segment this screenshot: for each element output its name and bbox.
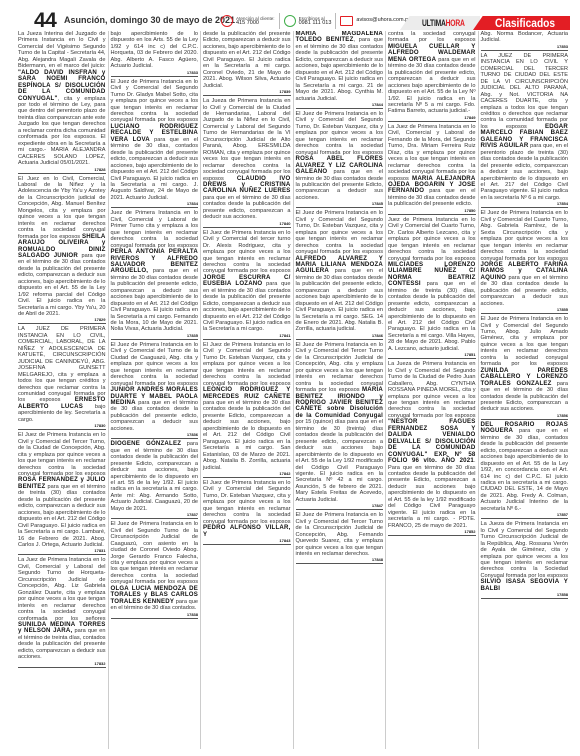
column-5: contra la sociedad conyugal formada por …: [386, 31, 479, 749]
notice-text: La Jueza de Primera Instancia en lo Civi…: [481, 521, 569, 579]
notice-code: 17850: [388, 208, 476, 213]
contact-phone[interactable]: Atención al cliente:415 7000: [217, 13, 280, 29]
page-header: 44 Asunción, domingo 30 de mayo de 2021 …: [0, 0, 580, 30]
notice-code: 17858: [481, 592, 569, 597]
notice-code: 17834: [111, 201, 199, 206]
column-1: La Jueza Interina del Juzgado de Primera…: [16, 31, 109, 749]
legal-notice: La Juez de Primera Instancia en lo Civil…: [18, 557, 106, 667]
legal-notice: El Juez de Primera Instancia en lo Civil…: [111, 521, 199, 618]
notice-code: 17849: [388, 115, 476, 120]
legal-notice: El Juez de Primera Instancia en lo Civil…: [111, 79, 199, 209]
notice-text: El Juez de Primera Instancia en lo Civil…: [203, 480, 291, 525]
notice-text: para que en el término de 30 días contad…: [203, 195, 291, 220]
notice-text: La Jueza Interina del Juzgado de Primera…: [18, 31, 106, 69]
notice-text: El Juez de Primera Instancia en lo Civil…: [18, 432, 106, 477]
notice-text: desde la publicación del presente Edicto…: [203, 31, 291, 89]
notice-code: 17846: [296, 333, 384, 338]
contact-whatsapp[interactable]: Escribinos al0981 111 013: [280, 13, 337, 29]
notice-code: 17837: [111, 512, 199, 517]
notice-code: 17854: [481, 201, 569, 206]
legal-notice: Juez de Primera Instancia en lo Civil y …: [388, 217, 476, 360]
notice-text: El Juez de Primera Instancia en lo Civil…: [296, 111, 384, 156]
notice-text: . Para que en término de 30 días contado…: [388, 458, 476, 529]
legal-notice: El Juez en lo Civil, Comercial, Laboral …: [18, 176, 106, 325]
notice-text: para que, en el perentorio plazo de trei…: [481, 143, 569, 201]
notice-code: 17828: [18, 167, 106, 172]
legal-notice: LA JUEZ DE PRIMERA INSTANCIA EN LO CIVIL…: [481, 53, 569, 208]
notice-text: LA JUEZ DE PRIMERA INSTANCIA EN LO CIVIL…: [481, 53, 569, 130]
notice-text: El Juez de Primera Instancia en lo Civil…: [481, 210, 569, 261]
notice-text: El Juez de Primera Instancia en lo Civil…: [203, 342, 291, 387]
notice-text: El Juez de Primera Instancia en lo Civil…: [111, 521, 199, 585]
legal-notice: MARIA MAGDALENA TOLEDO BENITEZ, para que…: [296, 31, 384, 109]
page-number: 44: [34, 9, 56, 33]
notice-parties: "NESTOR FAGUES FERNANDEZ SOSA Y DALIDA V…: [388, 418, 476, 464]
contact-value: 415 7000: [236, 21, 275, 26]
notice-text: La Jueza de Primera Instancia en lo Civi…: [388, 361, 476, 419]
notice-text: Juez de Primera Instancia en lo Civil, C…: [111, 210, 199, 248]
notice-code: 17838: [111, 612, 199, 617]
notice-text: para que en el término de 30 días, conta…: [481, 428, 569, 511]
section-title: Clasificados: [495, 16, 555, 30]
brand-logo: ULTIMAHORA: [422, 18, 465, 28]
notice-text: El Juez de Primera Instancia en lo Civil…: [203, 230, 291, 275]
notice-parties: PEDRO ALFONSO VILLAR, Y: [203, 524, 291, 537]
legal-notice: El Juez de Primera Instancia en lo Civil…: [481, 316, 569, 420]
notice-text: El Juez de Primera Instancia en lo Civil…: [296, 210, 384, 255]
notice-text: para que en el término de 30 días contad…: [388, 57, 476, 115]
notice-code: 17840: [203, 221, 291, 226]
dateline: Asunción, domingo 30 de mayo de 2021: [64, 15, 235, 25]
classifieds-columns: La Jueza Interina del Juzgado de Primera…: [16, 31, 570, 749]
notice-text: para que en el término de 30 días contad…: [203, 400, 291, 471]
notice-text: La Juez de Primera Instancia en lo Civil…: [18, 557, 106, 621]
notice-code: 17855: [481, 307, 569, 312]
notice-text: Abg. Norma Bodancer, Actuaria Judicial.: [481, 31, 569, 43]
notice-parties: SILVIO ISASA SEGOVIA Y BALBI: [481, 578, 569, 591]
legal-notice: La Jueza de Primera Instancia en lo Civi…: [388, 361, 476, 536]
legal-notice: desde la publicación del presente Edicto…: [203, 31, 291, 96]
legal-notice: El Juez de Primera Instancia en lo Civil…: [481, 210, 569, 314]
notice-text: para que en el término de 30 días, conta…: [111, 137, 199, 201]
notice-code: 17851: [388, 352, 476, 357]
notice-code: 17847: [296, 503, 384, 508]
notice-text: El Juez de Primera Instancia en lo Civil…: [296, 512, 384, 557]
notice-code: 17845: [296, 201, 384, 206]
legal-notice: bajo apercibimiento de lo dispuesto en l…: [111, 31, 199, 77]
legal-notice: Abg. Norma Bodancer, Actuaria Judicial.1…: [481, 31, 569, 51]
notice-code: 17852: [388, 529, 476, 534]
notice-code: 17857: [481, 512, 569, 517]
notice-text: por 15 (quince) días para que en el térm…: [296, 419, 384, 502]
notice-code: 17829: [18, 317, 106, 322]
notice-code: 17841: [203, 333, 291, 338]
notice-text: para que en el término de 30 días contad…: [203, 281, 291, 332]
notice-code: 17856: [481, 413, 569, 418]
notice-text: para que en el término de treinta (30) d…: [18, 484, 106, 548]
contact-value: 0981 111 013: [299, 21, 332, 26]
legal-notice: El Juez de Primera Instancia en lo Civil…: [203, 342, 291, 478]
legal-notice: La Jueza de Primera Instancia en lo Civi…: [481, 521, 569, 599]
phone-icon: [221, 15, 233, 27]
notice-text: para que en el término de 30 días contad…: [18, 253, 106, 317]
notice-text: Juez de Primera Instancia en lo Civil y …: [388, 217, 476, 262]
notice-text: El Juez de Primera Instancia en lo Civil…: [111, 79, 199, 124]
legal-notice: DIOGENE GÓNZALEZ para que en el término …: [111, 441, 199, 519]
notice-code: 17836: [111, 432, 199, 437]
notice-text: , para que en el término de 30 días cont…: [296, 37, 384, 101]
notice-text: LA JUEZ DE PRIMERA INSTANCIA EN LO CIVIL…: [18, 326, 106, 403]
notice-text: contra la sociedad conyugal formada por …: [388, 31, 476, 43]
legal-notice: El Juez de Primera Instancia en lo Civil…: [296, 210, 384, 340]
notice-text: bajo apercibimiento de lo dispuesto en l…: [111, 31, 199, 69]
notice-code: 17832: [18, 661, 106, 666]
notice-text: El Juez de Primera Instancia en lo Civil…: [481, 316, 569, 367]
notice-text: La Jueza de Primera Instancia en lo Civi…: [203, 98, 291, 181]
column-6: Abg. Norma Bodancer, Actuaria Judicial.1…: [479, 31, 571, 749]
notice-code: 17842: [203, 471, 291, 476]
legal-notice: El Juez de Primera Instancia en lo Civil…: [203, 480, 291, 545]
notice-text: El Juez en lo Civil, Comercial, Laboral …: [18, 176, 106, 240]
contact-strip: Atención al cliente:415 7000 Escribinos …: [217, 11, 415, 30]
legal-notice: La Jueza de Primera Instancia en lo Civi…: [203, 98, 291, 228]
notice-code: 17844: [296, 102, 384, 107]
column-2: bajo apercibimiento de lo dispuesto en l…: [109, 31, 202, 749]
legal-notice: contra la sociedad conyugal formada por …: [388, 31, 476, 122]
column-3: desde la publicación del presente Edicto…: [201, 31, 294, 749]
notice-code: 17831: [18, 548, 106, 553]
notice-code: 17848: [296, 557, 384, 562]
notice-parties: DIOGENE GÓNZALEZ: [111, 440, 182, 447]
legal-notice: La Juez de Primera Instancia en lo Civil…: [388, 124, 476, 215]
legal-notice: El Juez de Primera Instancia en lo Civil…: [18, 432, 106, 555]
notice-text: para que en el término de 30 días contad…: [111, 268, 199, 332]
column-4: MARIA MAGDALENA TOLEDO BENITEZ, para que…: [294, 31, 387, 749]
notice-text: , cita y emplaza por todo el término de …: [18, 96, 106, 167]
notice-code: 17835: [111, 333, 199, 338]
notice-code: 17843: [203, 538, 291, 543]
legal-notice: La Jueza Interina del Juzgado de Primera…: [18, 31, 106, 174]
notice-text: para que en el término de 30 días contad…: [111, 441, 199, 512]
legal-notice: El Juez de Primera Instancia en lo Civil…: [111, 342, 199, 439]
legal-notice: DEL ROSARIO ROJAS NOGUERA para que en el…: [481, 422, 569, 519]
notice-text: para que en el término de treinta (30) d…: [388, 281, 476, 352]
notice-parties: LEONCIO RODRIGUEZ Y MERCEDES RUIZ CAÑETE: [203, 386, 291, 399]
legal-notice: El Juez de Primera Instancia en lo Civil…: [296, 512, 384, 564]
legal-notice: El Juez de Primera Instancia en lo Civil…: [296, 111, 384, 208]
brand-bar: ULTIMAHORA Clasificados: [400, 16, 580, 30]
notice-code: 17833: [111, 70, 199, 75]
notice-text: para que en el término de 30 días contad…: [296, 268, 384, 332]
notice-code: 17830: [18, 423, 106, 428]
legal-notice: Juez de Primera Instancia en lo Civil, C…: [111, 210, 199, 340]
notice-text: El Juez de Primera Instancia en lo Civil…: [111, 342, 199, 387]
notice-text: La Juez de Primera Instancia en lo Civil…: [388, 124, 476, 182]
notice-code: 17853: [481, 44, 569, 49]
legal-notice: El Juez de Primera Instancia en lo Civil…: [203, 230, 291, 340]
notice-code: 17839: [203, 89, 291, 94]
legal-notice: El Juez de Primera Instancia en lo Civil…: [296, 342, 384, 510]
whatsapp-icon: [284, 15, 296, 27]
legal-notice: LA JUEZ DE PRIMERA INSTANCIA EN LO CIVIL…: [18, 326, 106, 430]
mail-icon: [340, 16, 353, 26]
